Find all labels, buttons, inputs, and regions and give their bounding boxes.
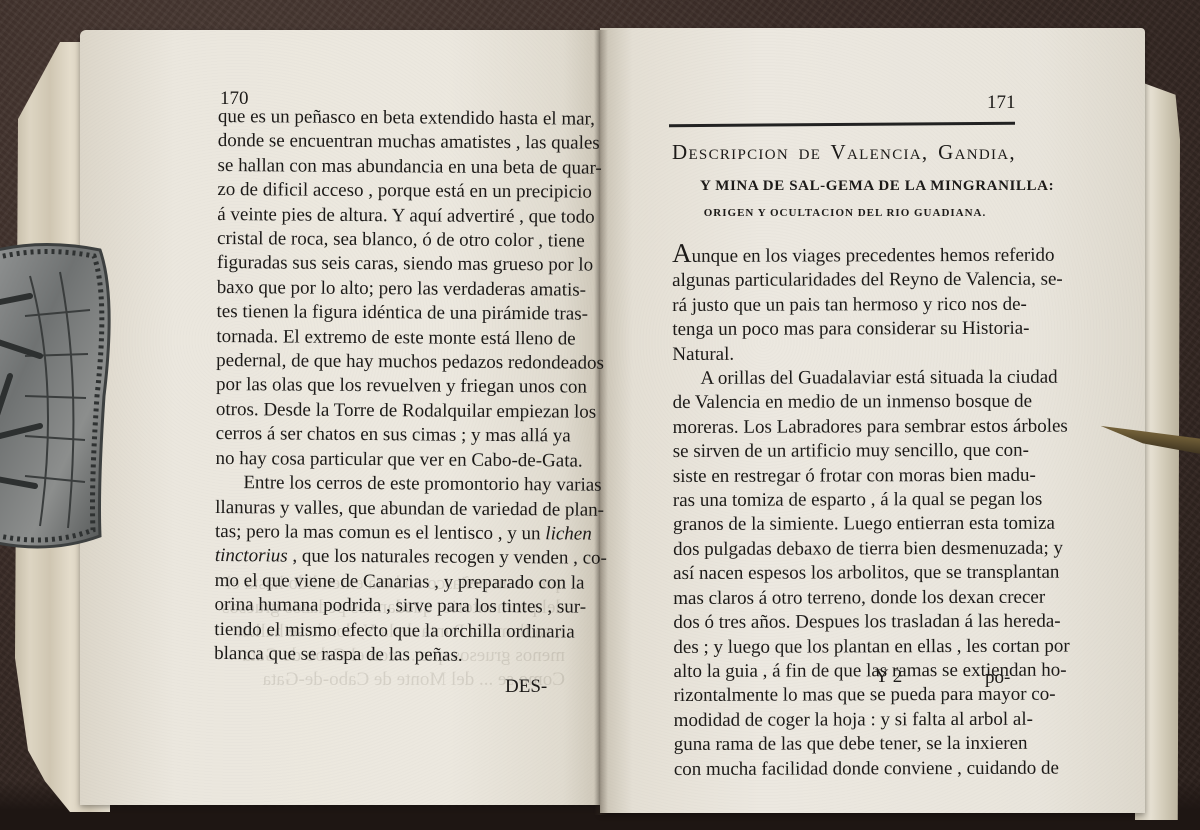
text-line: mo el que viene de Canarias , y preparad… [215,569,555,596]
catchword-left: DES- [505,676,547,698]
text-line: guna rama de las que debe tener, se la i… [674,732,1018,758]
text-line: Natural. [672,341,1016,367]
text-line: alto la guia , á fin de que las ramas se… [673,659,1017,685]
right-page-body: Aunque en los viages precedentes hemos r… [672,242,1018,782]
text-line: moreras. Los Labradores para sembrar est… [673,415,1017,441]
text-line: con mucha facilidad donde conviene , cui… [674,756,1018,782]
text-line: á veinte pies de altura. Y aquí advertir… [217,203,557,230]
text-line: otros. Desde la Torre de Rodalquilar emp… [216,398,556,425]
text-line: mas claros á otro terreno, donde los dex… [673,585,1017,611]
drop-cap: A [672,238,692,268]
text-line: zo de dificil acceso , porque está en un… [217,178,557,205]
text-fragment: , que los naturales recogen y venden , c… [288,546,607,569]
text-line: granos de la simiente. Luego entierran e… [673,512,1017,538]
text-line: rizontalmente lo mas que se pueda para m… [674,683,1018,709]
text-line: de Valencia en medio de un inmenso bosqu… [673,390,1017,416]
text-line: figuradas sus seis caras, siendo mas gru… [217,251,557,278]
text-line: baxo que por lo alto; pero las verdadera… [217,276,557,303]
text-line: tenga un poco mas para considerar su His… [672,317,1016,343]
text-line: se hallan con mas abundancia en una beta… [217,154,557,181]
text-line: pedernal, de que hay muchos pedazos redo… [216,349,556,376]
text-line: tinctorius , que los naturales recogen y… [215,544,555,571]
text-line: A orillas del Guadalaviar está situada l… [672,366,1016,392]
text-line: Entre los cerros de este promontorio hay… [215,471,555,498]
text-line: por las olas que los revuelven y friegan… [216,373,556,400]
text-line: tiendo el mismo efecto que la orchilla o… [214,618,554,645]
left-page-body: que es un peñasco en beta extendido hast… [214,105,558,669]
text-line: siste en restregar ó frotar con moras bi… [673,463,1017,489]
text-line: que es un peñasco en beta extendido hast… [218,105,558,132]
text-line: algunas particularidades del Reyno de Va… [672,268,1016,294]
italic-term: lichen [545,523,592,544]
signature-mark: Y 2 [875,666,902,688]
text-line: donde se encuentran muchas amatistes , l… [218,129,558,156]
text-line: llanuras y valles, que abundan de varied… [215,495,555,522]
text-line: Aunque en los viages precedentes hemos r… [672,242,1016,270]
text-line: así nacen espesos los arbolitos, que se … [673,561,1017,587]
text-line: tas; pero la mas comun es el lentisco , … [215,520,555,547]
text-line: ras una tomiza de esparto , á la qual se… [673,488,1017,514]
text-line: dos ó tres años. Despues los trasladan á… [673,610,1017,636]
text-line: cristal de roca, sea blanco, ó de otro c… [217,227,557,254]
text-line: no hay cosa particular que ver en Cabo-d… [215,447,555,474]
text-line: se sirven de un artificio muy sencillo, … [673,439,1017,465]
chapter-subtitle: Y MINA DE SAL-GEMA DE LA MINGRANILLA: [700,178,1010,195]
page-number-right: 171 [987,92,1016,114]
chapter-subtitle-secondary: ORIGEN Y OCULTACION DEL RIO GUADIANA. [700,207,990,219]
text-line: cerros á ser chatos en sus cimas ; y mas… [216,422,556,449]
text-line: orina humana podrida , sirve para los ti… [214,593,554,620]
text-line: dos pulgadas debaxo de tierra bien desme… [673,537,1017,563]
text-line: blanca que se raspa de las peñas. [214,642,554,669]
text-fragment: unque en los viages precedentes hemos re… [692,245,1055,267]
chapter-title: Descripcion de Valencia, Gandia, [672,140,1016,165]
text-fragment: tas; pero la mas comun es el lentisco , … [215,521,541,544]
text-line: modidad de coger la hoja : y si falta al… [674,708,1018,734]
text-line: des ; y luego que los plantan en ellas ,… [673,634,1017,660]
text-line: tes tienen la figura idéntica de una pir… [216,300,556,327]
pewter-ornament-icon [0,236,112,554]
text-line: tornada. El extremo de este monte está l… [216,325,556,352]
text-line: rá justo que un pais tan hermoso y rico … [672,293,1016,319]
italic-term: tinctorius [215,545,288,567]
catchword-right: po- [985,667,1010,689]
